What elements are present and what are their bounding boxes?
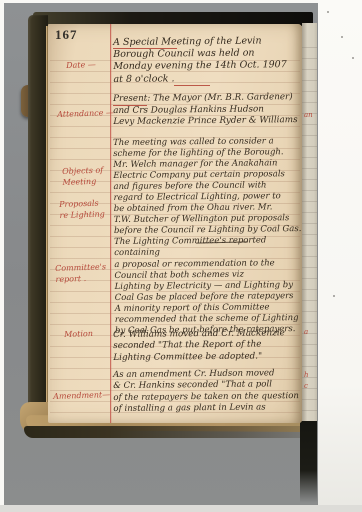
page-number: 167 [55, 27, 78, 43]
entry-amendment: As an amendment Cr. Hudson moved & Cr. H… [113, 368, 303, 415]
ruled-lines [302, 37, 317, 419]
margin-note-date: Date — [66, 60, 96, 72]
entry-attendance: Present: The Mayor (Mr. B.R. Gardener) a… [113, 92, 303, 129]
entry-motion: Cr. Williams moved and Cr. Mackenzie sec… [113, 328, 301, 364]
margin-note-objects-of-meeting: Objects of Meeting [62, 166, 104, 188]
margin-note-amendment: Amendment— [53, 390, 110, 402]
scanned-minute-book-photo: an a h c 167 Date — Attendance — Objects… [0, 0, 362, 512]
red-ink-fragment: h [304, 371, 309, 379]
red-ink-fragment: an [304, 111, 313, 119]
book-cover-spine [28, 15, 48, 434]
overexposed-scan-edge [318, 0, 362, 512]
dust-speck [333, 295, 335, 297]
book-edge-shadow [300, 421, 317, 503]
red-underline-heading [113, 48, 177, 49]
red-underline-dash [174, 85, 210, 86]
red-underline-present [113, 105, 147, 106]
entry-minutes-body: The meeting was called to consider a sch… [113, 136, 304, 337]
ledger-page: 167 Date — Attendance — Objects of Meeti… [48, 24, 302, 423]
red-ink-fragment: a [304, 328, 308, 336]
scan-bottom-edge [0, 505, 362, 512]
margin-note-committees-report: Committee's report . [55, 262, 107, 285]
margin-note-motion: Motion [64, 329, 93, 340]
next-page-edge: an a h c [302, 23, 317, 423]
dust-speck [352, 57, 354, 59]
dust-speck [341, 36, 343, 38]
dust-speck [327, 11, 329, 13]
red-margin-rule [110, 24, 111, 423]
margin-note-attendance: Attendance — [57, 108, 114, 120]
entry-heading: A Special Meeting of the Levin Borough C… [113, 35, 304, 86]
red-ink-fragment: c [304, 382, 308, 390]
book-bottom-cover-edge [24, 426, 308, 438]
margin-note-proposals-re-lighting: Proposals re Lighting [59, 198, 105, 221]
